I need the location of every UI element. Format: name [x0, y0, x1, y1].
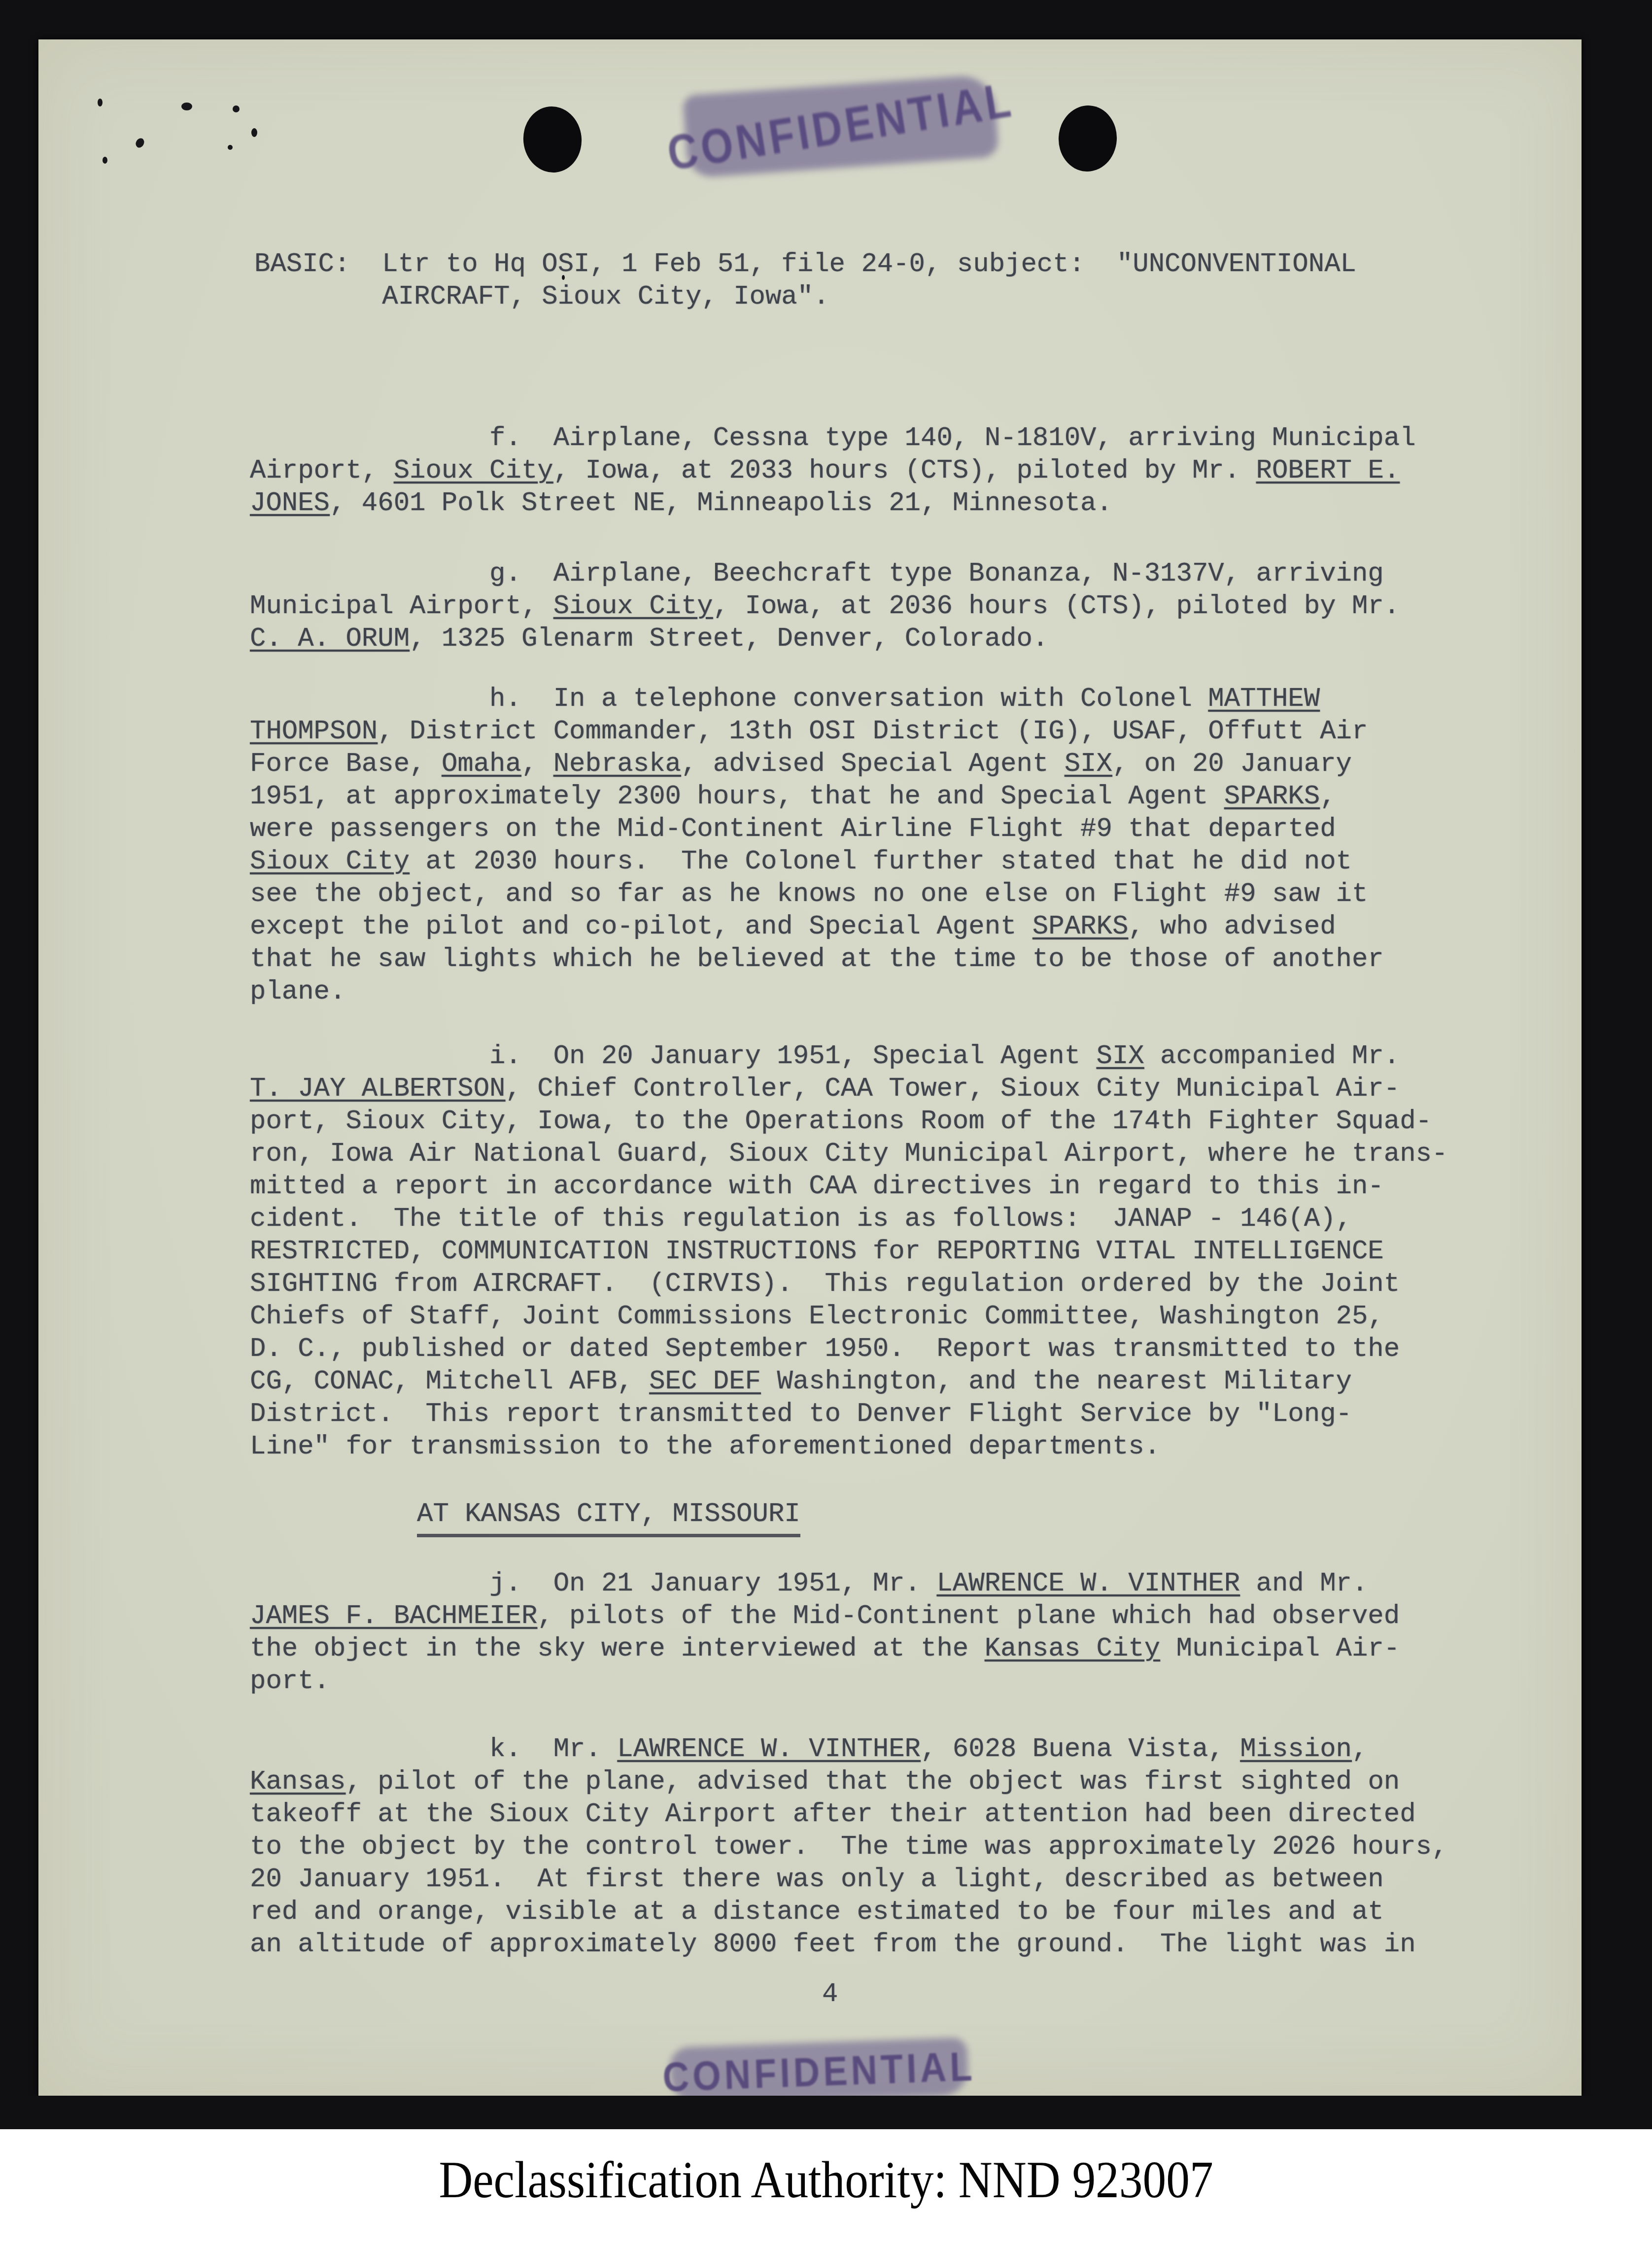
typed-line: that he saw lights which he believed at … — [250, 943, 1384, 976]
typed-line: T. JAY ALBERTSON, Chief Controller, CAA … — [250, 1073, 1447, 1106]
typed-line: JONES, 4601 Polk Street NE, Minneapolis … — [250, 487, 1416, 520]
ink-speck — [134, 137, 146, 149]
declassification-strip: Declassification Authority: NND 923007 — [0, 2129, 1652, 2247]
paragraph-h: h. In a telephone conversation with Colo… — [250, 683, 1384, 1008]
typed-line: port, Sioux City, Iowa, to the Operation… — [250, 1106, 1447, 1138]
ink-speck — [98, 99, 103, 106]
typed-line: were passengers on the Mid-Continent Air… — [250, 813, 1384, 846]
ink-speck — [103, 157, 107, 164]
typed-line: C. A. ORUM, 1325 Glenarm Street, Denver,… — [250, 623, 1400, 656]
ink-speck — [251, 128, 257, 137]
typed-line: SIGHTING from AIRCRAFT. (CIRVIS). This r… — [250, 1268, 1447, 1301]
section-heading-kansas-city: AT KANSAS CITY, MISSOURI — [417, 1498, 800, 1537]
typed-line: port. — [250, 1665, 1400, 1698]
scanned-document-page: CONFIDENTIAL BASIC: Ltr to Hq OSI, 1 Feb… — [0, 0, 1652, 2247]
typed-line: cident. The title of this regulation is … — [250, 1203, 1447, 1236]
typed-line: 1951, at approximately 2300 hours, that … — [250, 781, 1384, 813]
paragraph-i: i. On 20 January 1951, Special Agent SIX… — [250, 1040, 1447, 1463]
typed-line: i. On 20 January 1951, Special Agent SIX… — [250, 1040, 1447, 1073]
typed-line: the object in the sky were interviewed a… — [250, 1633, 1400, 1665]
typed-line: THOMPSON, District Commander, 13th OSI D… — [250, 716, 1384, 748]
typed-line: Municipal Airport, Sioux City, Iowa, at … — [250, 590, 1400, 623]
typed-line: CG, CONAC, Mitchell AFB, SEC DEF Washing… — [250, 1366, 1447, 1398]
typed-line: plane. — [250, 976, 1384, 1008]
typed-line: an altitude of approximately 8000 feet f… — [250, 1929, 1447, 1961]
basic-reference: BASIC: Ltr to Hq OSI, 1 Feb 51, file 24-… — [254, 248, 1356, 313]
typed-line: Sioux City at 2030 hours. The Colonel fu… — [250, 846, 1384, 878]
ink-speck — [181, 103, 192, 110]
typed-line: BASIC: Ltr to Hq OSI, 1 Feb 51, file 24-… — [254, 248, 1356, 281]
declassification-authority-text: Declassification Authority: NND 923007 — [83, 2129, 1570, 2210]
typed-line: k. Mr. LAWRENCE W. VINTHER, 6028 Buena V… — [250, 1733, 1447, 1766]
typed-line: Kansas, pilot of the plane, advised that… — [250, 1766, 1447, 1798]
typed-line: to the object by the control tower. The … — [250, 1831, 1447, 1864]
typed-line: D. C., published or dated September 1950… — [250, 1333, 1447, 1366]
typed-line: Airport, Sioux City, Iowa, at 2033 hours… — [250, 455, 1416, 487]
typed-line: see the object, and so far as he knows n… — [250, 878, 1384, 911]
typed-line: Chiefs of Staff, Joint Commissions Elect… — [250, 1301, 1447, 1333]
typed-line: AIRCRAFT, Sioux City, Iowa". — [254, 281, 1356, 313]
typed-line: RESTRICTED, COMMUNICATION INSTRUCTIONS f… — [250, 1236, 1447, 1268]
typed-line: g. Airplane, Beechcraft type Bonanza, N-… — [250, 558, 1400, 590]
typed-line: 20 January 1951. At first there was only… — [250, 1864, 1447, 1896]
typed-line: j. On 21 January 1951, Mr. LAWRENCE W. V… — [250, 1568, 1400, 1600]
paragraph-k: k. Mr. LAWRENCE W. VINTHER, 6028 Buena V… — [250, 1733, 1447, 1961]
typed-line: takeoff at the Sioux City Airport after … — [250, 1798, 1447, 1831]
paragraph-f: f. Airplane, Cessna type 140, N-1810V, a… — [250, 422, 1416, 520]
typed-line: f. Airplane, Cessna type 140, N-1810V, a… — [250, 422, 1416, 455]
paragraph-g: g. Airplane, Beechcraft type Bonanza, N-… — [250, 558, 1400, 656]
typed-line: ron, Iowa Air National Guard, Sioux City… — [250, 1138, 1447, 1171]
typed-line: Line" for transmission to the aforementi… — [250, 1431, 1447, 1463]
typed-line: JAMES F. BACHMEIER, pilots of the Mid-Co… — [250, 1600, 1400, 1633]
typed-line: h. In a telephone conversation with Colo… — [250, 683, 1384, 716]
ink-speck — [233, 105, 240, 112]
typed-line: Force Base, Omaha, Nebraska, advised Spe… — [250, 748, 1384, 781]
typed-line: mitted a report in accordance with CAA d… — [250, 1171, 1447, 1203]
section-heading-text: AT KANSAS CITY, MISSOURI — [417, 1498, 800, 1537]
ink-speck — [228, 145, 233, 150]
paragraph-j: j. On 21 January 1951, Mr. LAWRENCE W. V… — [250, 1568, 1400, 1698]
typed-line: except the pilot and co-pilot, and Speci… — [250, 911, 1384, 943]
mat-band — [0, 2096, 1652, 2129]
page-number: 4 — [822, 1979, 838, 2009]
typed-line: District. This report transmitted to Den… — [250, 1398, 1447, 1431]
typed-line: red and orange, visible at a distance es… — [250, 1896, 1447, 1929]
